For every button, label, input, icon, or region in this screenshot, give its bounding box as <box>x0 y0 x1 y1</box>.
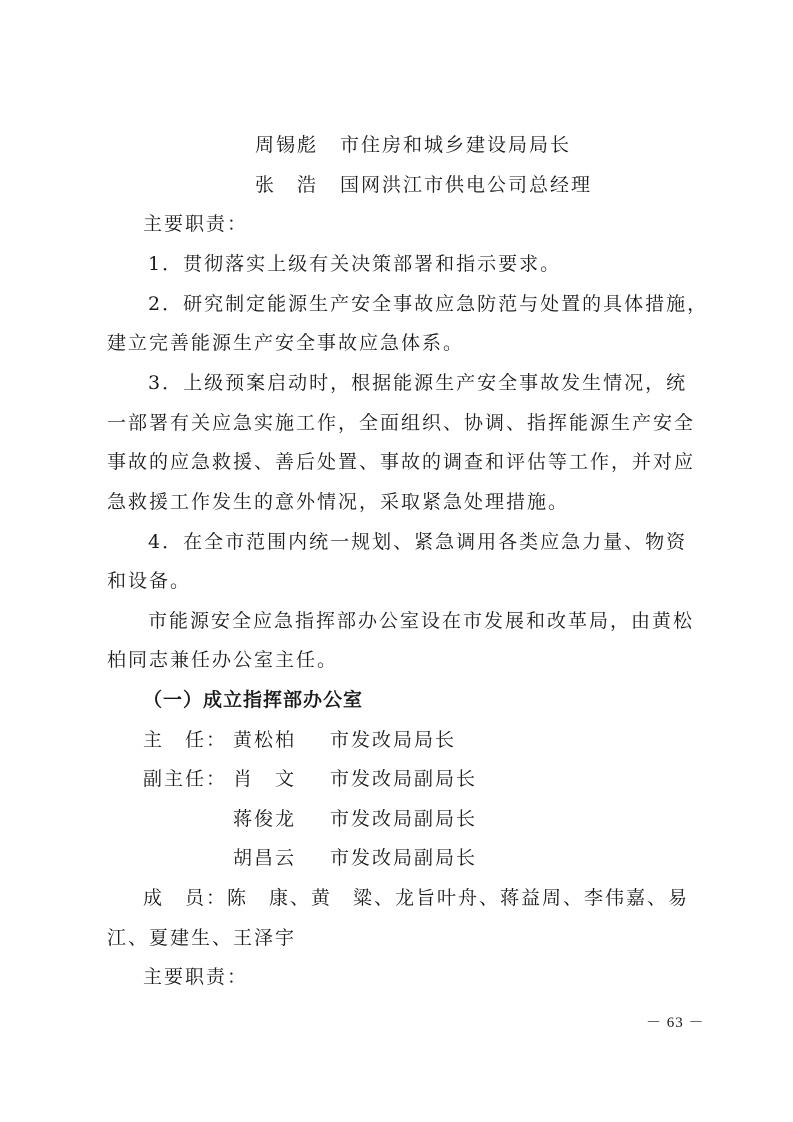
duty-item-2-cont: 建立完善能源生产安全事故应急体系。 <box>107 331 464 355</box>
person-name: 胡昌云 <box>233 846 330 870</box>
leader-row: 张 浩国网洪江市供电公司总经理 <box>255 173 592 197</box>
duty-item-2: 2．研究制定能源生产安全事故应急防范与处置的具体措施， <box>148 292 708 316</box>
duty-item-3-cont: 急救援工作发生的意外情况，采取紧急处理措施。 <box>107 490 569 514</box>
person-name: 肖 文 <box>233 767 330 791</box>
person-name: 黄松柏 <box>233 728 330 752</box>
roster-row-director: 主 任：黄松柏市发改局局长 <box>143 728 456 752</box>
duties-heading: 主要职责： <box>143 965 248 989</box>
page-number: － 63 － <box>646 1013 705 1033</box>
duty-item-4-cont: 和设备。 <box>107 569 191 593</box>
role-label: 主 任： <box>143 728 233 752</box>
document-page: 周锡彪市住房和城乡建设局局长 张 浩国网洪江市供电公司总经理 主要职责： 1．贯… <box>0 0 793 1122</box>
leader-title: 市住房和城乡建设局局长 <box>340 133 571 157</box>
roster-row-deputy: 蒋俊龙市发改局副局长 <box>233 807 477 831</box>
roster-row-deputy: 副主任：肖 文市发改局副局长 <box>143 767 477 791</box>
duty-item-3-cont: 事故的应急救援、善后处置、事故的调查和评估等工作，并对应 <box>107 450 695 474</box>
office-note: 市能源安全应急指挥部办公室设在市发展和改革局，由黄松 <box>148 609 694 633</box>
duty-item-3-cont: 一部署有关应急实施工作，全面组织、协调、指挥能源生产安全 <box>107 411 695 435</box>
leader-title: 国网洪江市供电公司总经理 <box>340 173 592 197</box>
members-list: 成 员：陈 康、黄 粱、龙旨叶舟、蒋益周、李伟嘉、易 <box>143 886 689 910</box>
duty-item-4: 4．在全市范围内统一规划、紧急调用各类应急力量、物资 <box>148 530 687 554</box>
person-title: 市发改局副局长 <box>330 807 477 831</box>
roster-row-deputy: 胡昌云市发改局副局长 <box>233 846 477 870</box>
duties-heading: 主要职责： <box>143 212 248 236</box>
leader-name: 周锡彪 <box>255 133 340 157</box>
leader-name: 张 浩 <box>255 173 340 197</box>
person-title: 市发改局副局长 <box>330 767 477 791</box>
duty-item-1: 1．贯彻落实上级有关决策部署和指示要求。 <box>148 252 561 276</box>
leader-row: 周锡彪市住房和城乡建设局局长 <box>255 133 571 157</box>
person-title: 市发改局局长 <box>330 728 456 752</box>
section-heading: （一）成立指挥部办公室 <box>143 688 363 712</box>
role-label: 副主任： <box>143 767 233 791</box>
members-list-cont: 江、夏建生、王泽宇 <box>107 926 296 950</box>
duty-item-3: 3．上级预案启动时，根据能源生产安全事故发生情况，统 <box>148 371 687 395</box>
office-note-cont: 柏同志兼任办公室主任。 <box>107 648 338 672</box>
person-title: 市发改局副局长 <box>330 846 477 870</box>
person-name: 蒋俊龙 <box>233 807 330 831</box>
